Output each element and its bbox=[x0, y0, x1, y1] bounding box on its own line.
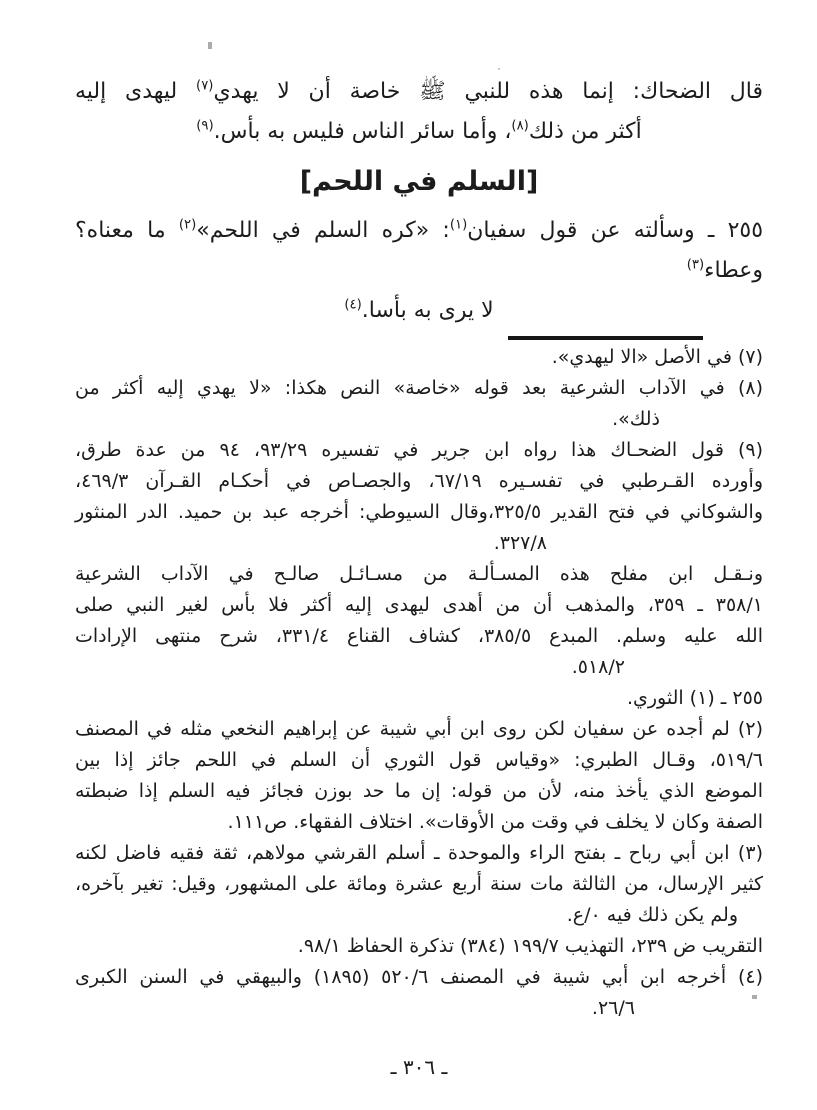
footnote-3-line-3: ولم يكن ذلك فيه ٠/ع. bbox=[75, 900, 763, 931]
entry-255-line-2: لا يرى به بأسا.(٤) bbox=[75, 291, 763, 331]
scan-speck bbox=[752, 995, 757, 999]
footnote-3-line-4: التقريب ض ٢٣٩، التهذيب ١٩٩/٧ (٣٨٤) تذكرة… bbox=[75, 931, 763, 962]
footnote-9-cont-line-4: ٥١٨/٢. bbox=[75, 652, 763, 683]
intro-line-1: قال الضحاك: إنما هذه للنبي ﷺ خاصة أن لا … bbox=[75, 72, 763, 112]
section-heading: [السلم في اللحم] bbox=[75, 166, 763, 197]
intro-line-2: أكثر من ذلك(٨)، وأما سائر الناس فليس به … bbox=[75, 112, 763, 152]
footnote-9-line-3: والشوكاني في فتح القدير ٣٢٥/٥،وقال السيو… bbox=[75, 497, 763, 528]
footnote-2-line-3: الموضع الذي يأخذ منه، لأن من قوله: إن ما… bbox=[75, 776, 763, 807]
footnote-3-line-2: كثير الإرسال، من الثالثة مات سنة أربع عش… bbox=[75, 869, 763, 900]
entry-255-line-1: ٢٥٥ ـ وسألته عن قول سفيان(١): «كره السلم… bbox=[75, 211, 763, 291]
scan-speck bbox=[498, 68, 500, 70]
footnote-2-line-1: (٢) لم أجده عن سفيان لكن روى ابن أبي شيب… bbox=[75, 714, 763, 745]
footnote-7-line-1: (٧) في الأصل «الا ليهدي». bbox=[75, 342, 763, 373]
footnote-9-cont-line-1: ونـقـل ابن مفلح هذه المسـألـة من مسـائـل… bbox=[75, 559, 763, 590]
footnote-8-line-1: (٨) في الآداب الشرعية بعد قوله «خاصة» ال… bbox=[75, 373, 763, 404]
footnote-9-line-2: وأورده القـرطبي في تفسـيره ٦٧/١٩، والجصـ… bbox=[75, 466, 763, 497]
footnote-1-line-1: ٢٥٥ ـ (١) الثوري. bbox=[75, 683, 763, 714]
footnote-separator-rule bbox=[508, 336, 703, 340]
scan-speck bbox=[208, 42, 212, 49]
footnote-9-cont-line-2: ٣٥٨/١ ـ ٣٥٩، والمذهب أن من أهدى ليهدى إل… bbox=[75, 590, 763, 621]
footnote-2-line-2: ٥١٩/٦، وقـال الطبري: «وقياس قول الثوري أ… bbox=[75, 745, 763, 776]
scanned-book-page: { "document": { "language": "ar", "type"… bbox=[0, 0, 817, 1110]
page-number: ـ ٣٠٦ ـ bbox=[75, 1052, 763, 1083]
footnote-9-line-4: ٣٢٧/٨. bbox=[75, 528, 763, 559]
footnote-9-cont-line-3: الله عليه وسلم. المبدع ٣٨٥/٥، كشاف القنا… bbox=[75, 621, 763, 652]
footnote-4-line-2: ٢٦/٦. bbox=[75, 993, 763, 1024]
footnote-9-line-1: (٩) قول الضحـاك هذا رواه ابن جرير في تفس… bbox=[75, 435, 763, 466]
page-content: قال الضحاك: إنما هذه للنبي ﷺ خاصة أن لا … bbox=[75, 0, 763, 1083]
footnote-3-line-1: (٣) ابن أبي رباح ـ بفتح الراء والموحدة ـ… bbox=[75, 838, 763, 869]
footnote-8-line-2: ذلك». bbox=[75, 404, 763, 435]
footnote-4-line-1: (٤) أخرجه ابن أبي شيبة في المصنف ٥٢٠/٦ (… bbox=[75, 962, 763, 993]
footnote-2-line-4: الصفة وكان لا يخلف في وقت من الأوقات». ا… bbox=[75, 807, 763, 838]
